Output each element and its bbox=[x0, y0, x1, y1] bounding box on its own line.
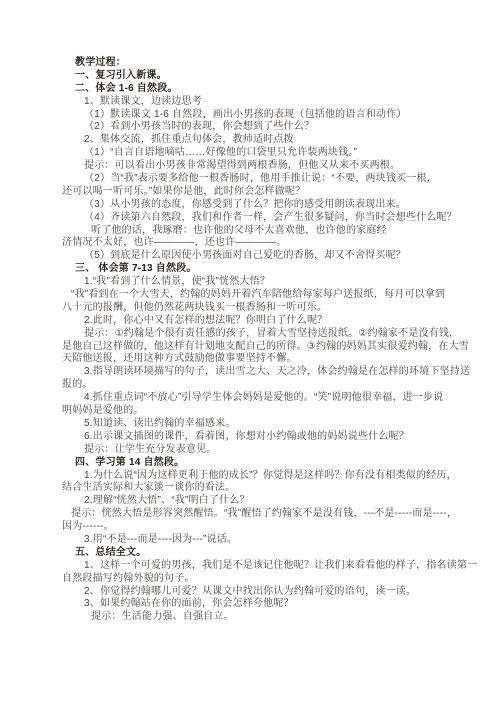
doc-line-43: 3、如果约翰站在你的面前，你会怎样夸他呢？ bbox=[62, 598, 444, 611]
doc-line-36: 提示：恍然大悟是形容突然醒悟。“我”醒悟了约翰家不是没有钱，---不是-----… bbox=[62, 508, 444, 521]
doc-line-16: （5）到底是什么原因使小男孩面对自己爱吃的香肠，却又不舍得买呢？ bbox=[62, 250, 444, 263]
doc-line-19: “我”看到在一个大雪天，约翰的妈妈开着汽车陪他给每家每户送报纸，每月可以拿到 bbox=[62, 289, 444, 302]
doc-line-8: （1）“自言自语地嘀咕……好像他的口袋里只允许装两块钱。” bbox=[62, 147, 444, 160]
doc-line-24: 天陪他送报，还用这种方式鼓励他做事要坚持不懈。 bbox=[62, 353, 444, 366]
doc-line-15: 济情况不太好，也许————，还也许————。 bbox=[62, 237, 444, 250]
doc-line-40: 1、这样一个可爱的男孩，我们是不是该记住他呢？让我们来看看他的样子，指名读第一 bbox=[62, 560, 444, 573]
doc-line-10: （2）当“我”表示要多给他一根香肠时，他用手推让说：“不要，两块钱买一根， bbox=[62, 173, 444, 186]
doc-line-23: 是他自己这样做的，他这样有计划地支配自己的所得。③约翰的妈妈其实很爱约翰，在大雪 bbox=[62, 341, 444, 354]
doc-line-39: 五、总结全文。 bbox=[62, 547, 444, 560]
doc-line-6: （2）看到小男孩当时的表现，你会想到了些什么？ bbox=[62, 121, 444, 134]
doc-line-37: 因为------。 bbox=[62, 521, 444, 534]
doc-line-44: 提示：生活能力强、自强自立。 bbox=[62, 611, 444, 624]
doc-line-42: 2、你觉得约翰哪儿可爱？从课文中找出你认为约翰可爱的语句，读一读。 bbox=[62, 586, 444, 599]
doc-line-26: 报的。 bbox=[62, 379, 444, 392]
doc-line-17: 三、 体会第 7-13 自然段。 bbox=[62, 263, 444, 276]
doc-line-5: （1）默读课文 1-6 自然段，画出小男孩的表现（包括他的语言和动作） bbox=[62, 109, 444, 122]
doc-line-21: 2.此时，你心中又有怎样的想法呢？你明白了什么呢？ bbox=[62, 315, 444, 328]
doc-line-2: 一、复习引入新课。 bbox=[62, 70, 444, 83]
doc-line-22: 提示：①约翰是个很有责任感的孩子，冒着大雪坚持送报纸。②约翰家不是没有钱， bbox=[62, 328, 444, 341]
doc-line-25: 3.指导朗读环境描写的句子，读出雪之大、天之冷，体会约翰是在怎样的环境下坚持送 bbox=[62, 366, 444, 379]
doc-line-20: 八十元的报酬，但他仍然花两块钱买一根香肠和一听可乐。 bbox=[62, 302, 444, 315]
doc-line-30: 6.出示课文插图的课件，看着图，你想对小约翰或他的妈妈说些什么呢？ bbox=[62, 431, 444, 444]
doc-line-14: 听了他的话，我琢磨：也许他的父母不太喜欢他，也许他的家庭经 bbox=[62, 225, 444, 238]
doc-line-11: 还可以喝一听可乐。”如果你是他，此时你会怎样做呢？ bbox=[62, 186, 444, 199]
doc-line-32: 四、学习第 14 自然段。 bbox=[62, 457, 444, 470]
doc-line-13: （4）齐读第六自然段，我们和作者一样，会产生很多疑问，你当时会想些什么呢？ bbox=[62, 212, 444, 225]
doc-line-28: 明妈妈是爱他的。 bbox=[62, 405, 444, 418]
doc-line-7: 2、集体交流，抓住重点句体会，教师适时点拨 bbox=[62, 134, 444, 147]
doc-line-31: 提示：让学生充分发表意见。 bbox=[62, 444, 444, 457]
doc-line-1: 教学过程： bbox=[62, 57, 444, 70]
doc-line-29: 5.知道读、读出约翰的幸福感来。 bbox=[62, 418, 444, 431]
document-body: 教学过程：一、复习引入新课。二、体会 1-6 自然段。1、默读课文，边读边思考（… bbox=[62, 57, 444, 624]
doc-line-4: 1、默读课文，边读边思考 bbox=[62, 96, 444, 109]
doc-line-35: 2.理解“恍然大悟”、“我”明白了什么？ bbox=[62, 495, 444, 508]
doc-line-18: 1.“我”看到了什么情景，使“我”恍然大悟？ bbox=[62, 276, 444, 289]
doc-line-38: 3.用“不是---而是----因为---”说话。 bbox=[62, 534, 444, 547]
document-page: 教学过程：一、复习引入新课。二、体会 1-6 自然段。1、默读课文，边读边思考（… bbox=[0, 0, 500, 707]
doc-line-34: 结合生活实际和大家谈一谈你的看法。 bbox=[62, 482, 444, 495]
doc-line-33: 1.为什么说“因为这样更利于他的成长”？你觉得是这样吗？你有没有相类似的经历， bbox=[62, 470, 444, 483]
doc-line-27: 4.抓住重点词“不放心”引导学生体会妈妈是爱他的。“笑”说明他很幸福，进一步说 bbox=[62, 392, 444, 405]
doc-line-12: （3）从小男孩的态度，你感受到了什么？把你的感受用朗读表现出来。 bbox=[62, 199, 444, 212]
doc-line-3: 二、体会 1-6 自然段。 bbox=[62, 83, 444, 96]
doc-line-9: 提示：可以看出小男孩非常渴望得到两根香肠，但他又从来不买两根。 bbox=[62, 160, 444, 173]
doc-line-41: 自然段描写约翰外貌的句子。 bbox=[62, 573, 444, 586]
